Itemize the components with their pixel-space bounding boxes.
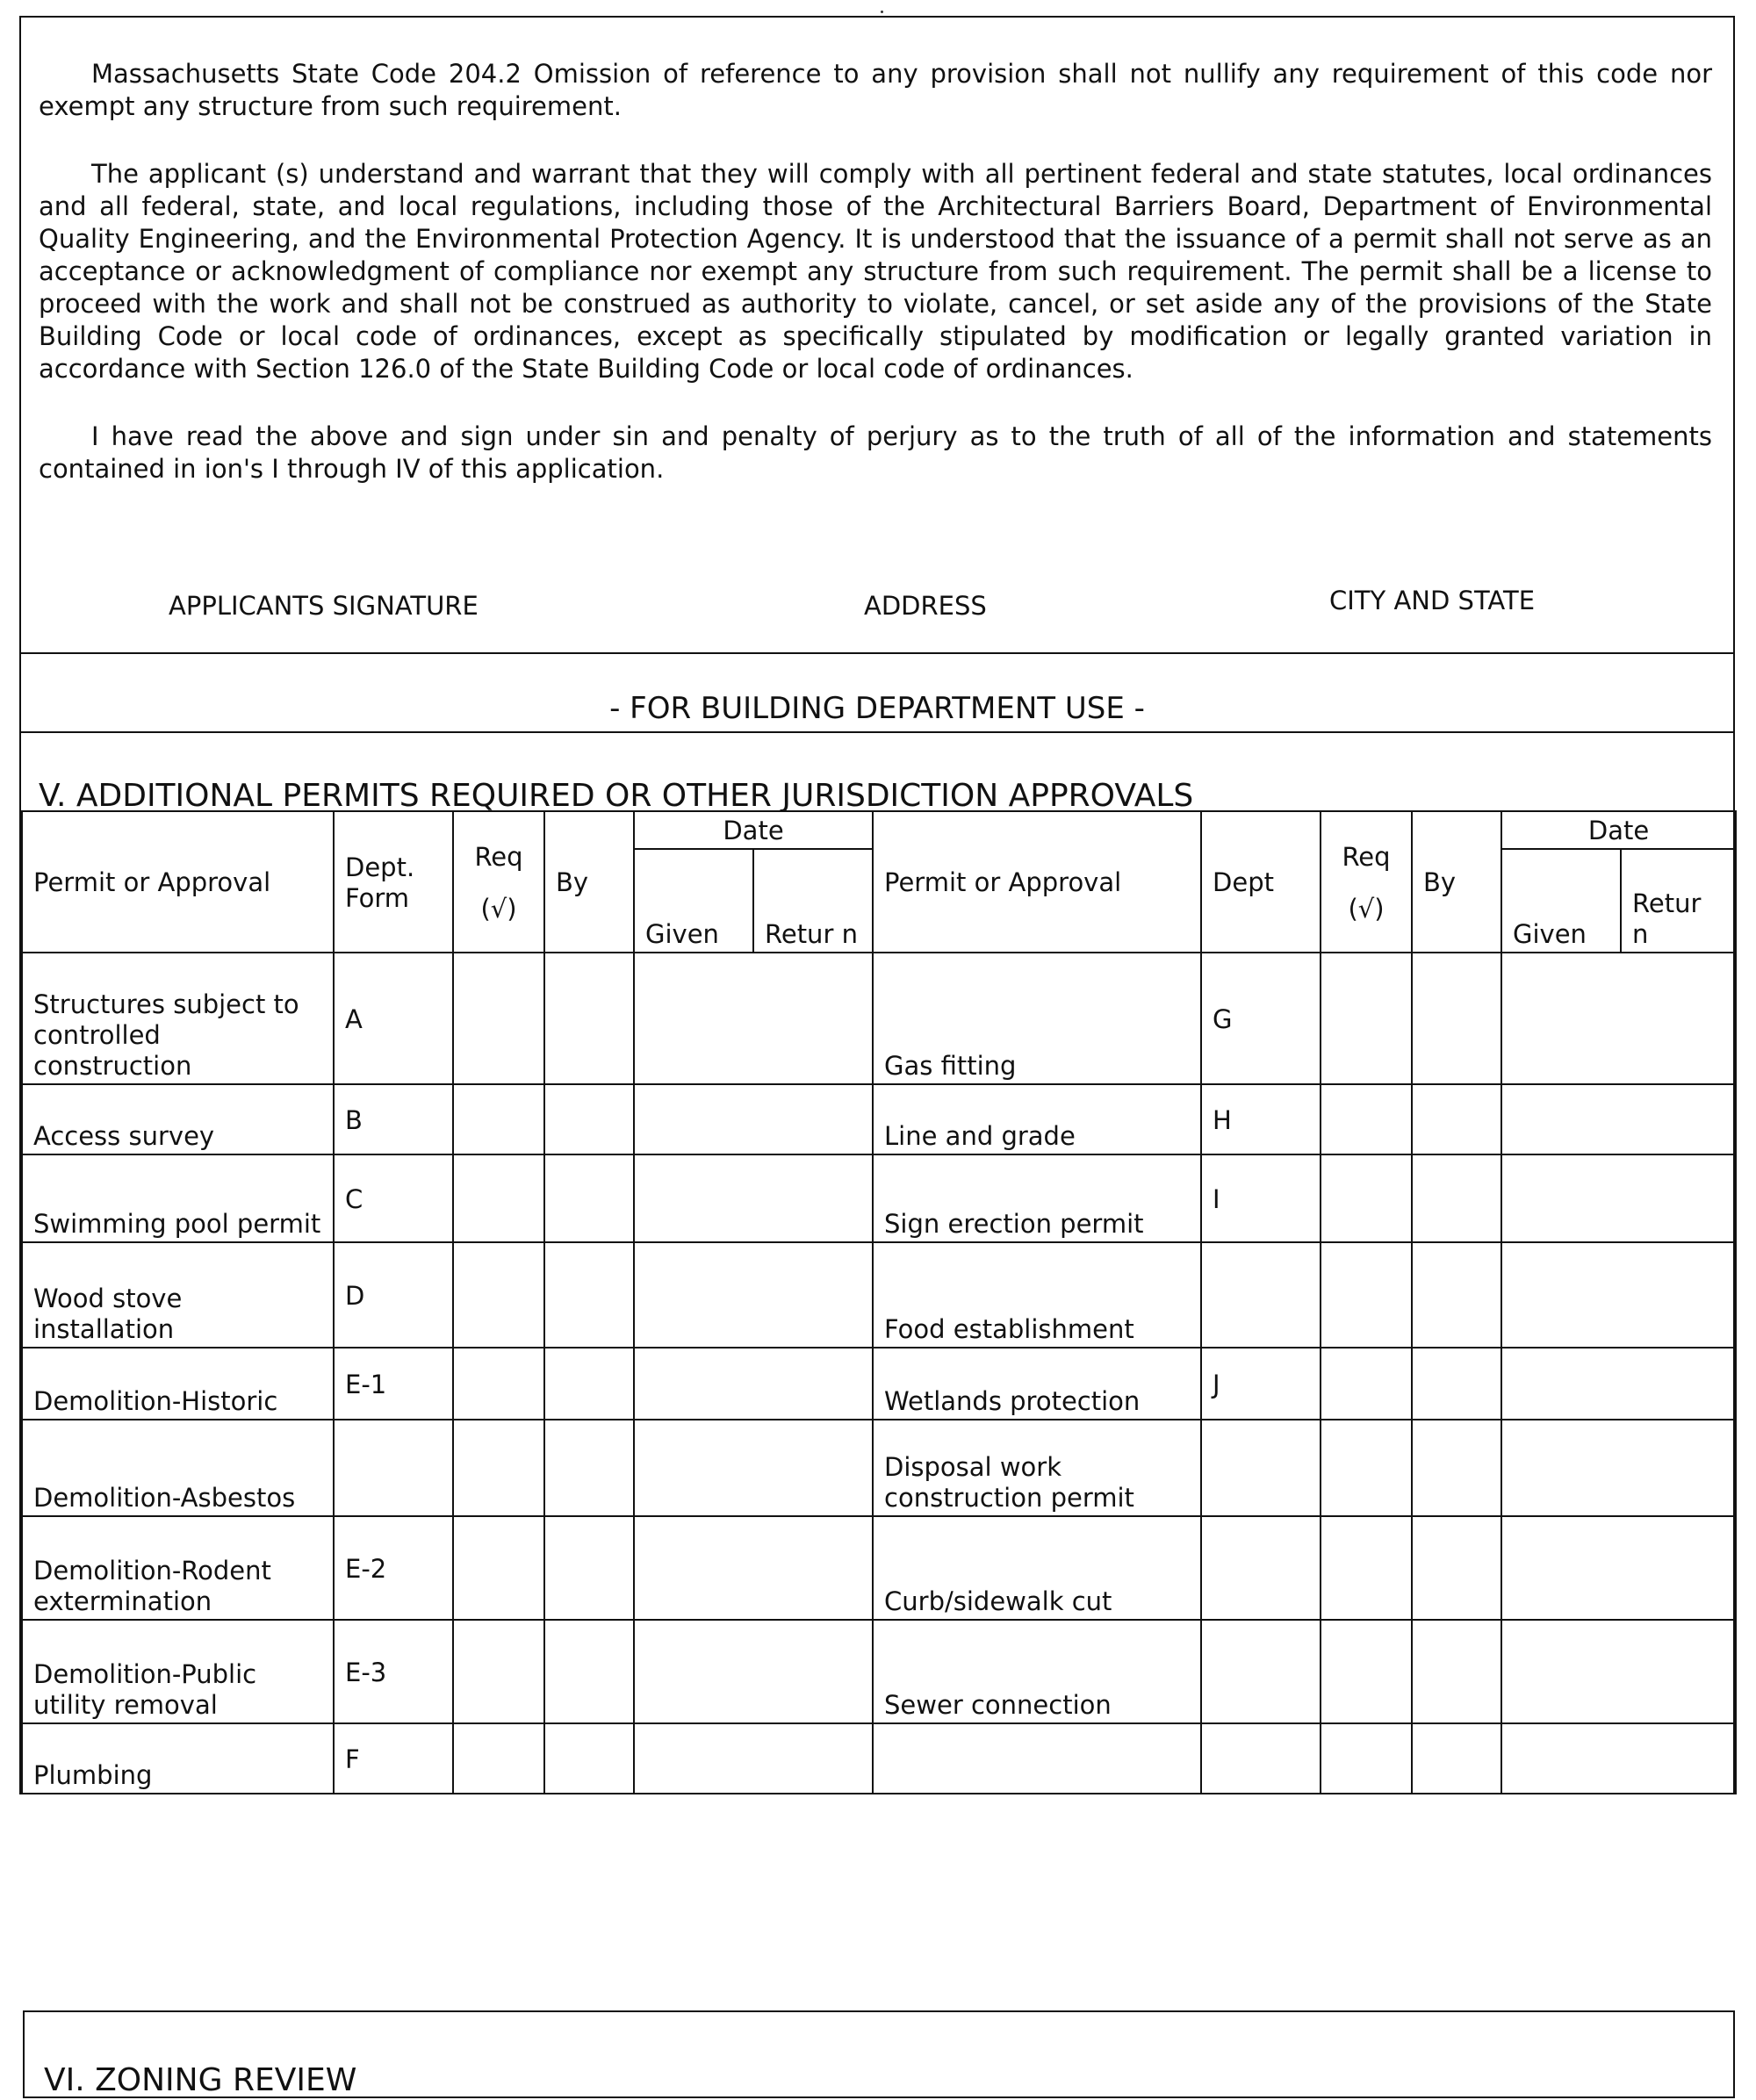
dept-form-left: E-1	[334, 1348, 453, 1420]
by-field-left[interactable]	[544, 953, 634, 1084]
table-row: Demolition-HistoricE-1Wetlands protectio…	[22, 1348, 1736, 1420]
by-field-left[interactable]	[544, 1348, 634, 1420]
dept-form-left: D	[334, 1242, 453, 1348]
section-vi-zoning-review: VI. ZONING REVIEW	[23, 2010, 1735, 2098]
req-checkbox-left[interactable]	[453, 1348, 544, 1420]
dept-right	[1201, 1420, 1321, 1516]
req-checkbox-left[interactable]	[453, 1620, 544, 1723]
table-row: PlumbingF	[22, 1723, 1736, 1794]
header-by-right: By	[1412, 811, 1501, 953]
date-field-left[interactable]	[634, 1723, 873, 1794]
header-by-left: By	[544, 811, 634, 953]
department-use-banner: - FOR BUILDING DEPARTMENT USE -	[21, 652, 1733, 731]
perjury-statement-paragraph: I have read the above and sign under sin…	[39, 421, 1712, 485]
dept-right	[1201, 1620, 1321, 1723]
req-checkbox-right[interactable]	[1321, 1420, 1412, 1516]
by-field-left[interactable]	[544, 1723, 634, 1794]
permit-name-left: Demolition-Asbestos	[22, 1420, 334, 1516]
header-given-left: Given	[634, 849, 753, 953]
date-field-left[interactable]	[634, 1420, 873, 1516]
header-date-left: Date	[634, 811, 873, 849]
date-field-left[interactable]	[634, 1154, 873, 1242]
header-req-label-right: Req	[1332, 842, 1400, 873]
req-checkbox-right[interactable]	[1321, 1348, 1412, 1420]
req-checkbox-right[interactable]	[1321, 953, 1412, 1084]
table-row: Demolition-AsbestosDisposal work constru…	[22, 1420, 1736, 1516]
header-given-right: Given	[1501, 849, 1621, 953]
req-checkbox-left[interactable]	[453, 953, 544, 1084]
by-field-right[interactable]	[1412, 1516, 1501, 1620]
section-v-heading-band: V. ADDITIONAL PERMITS REQUIRED OR OTHER …	[21, 731, 1733, 810]
permit-name-left: Swimming pool permit	[22, 1154, 334, 1242]
header-row-top: Permit or Approval Dept. Form Req (√) By…	[22, 811, 1736, 849]
permit-name-left: Demolition-Rodent extermination	[22, 1516, 334, 1620]
department-use-heading: - FOR BUILDING DEPARTMENT USE -	[21, 691, 1733, 726]
date-field-right[interactable]	[1501, 1242, 1736, 1348]
table-row: Structures subject to controlled constru…	[22, 953, 1736, 1084]
code-omission-paragraph: Massachusetts State Code 204.2 Omission …	[39, 58, 1712, 123]
permit-name-right: Wetlands protection	[873, 1348, 1201, 1420]
application-form-frame: Massachusetts State Code 204.2 Omission …	[19, 16, 1735, 1794]
dept-form-left: E-2	[334, 1516, 453, 1620]
header-permit-left: Permit or Approval	[22, 811, 334, 953]
permit-name-right: Food establishment	[873, 1242, 1201, 1348]
by-field-right[interactable]	[1412, 1620, 1501, 1723]
city-state-field[interactable]: CITY AND STATE	[1329, 586, 1535, 615]
req-checkbox-right[interactable]	[1321, 1516, 1412, 1620]
table-row: Access surveyBLine and gradeH	[22, 1084, 1736, 1154]
table-row: Demolition-Public utility removalE-3Sewe…	[22, 1620, 1736, 1723]
by-field-right[interactable]	[1412, 1420, 1501, 1516]
by-field-right[interactable]	[1412, 1154, 1501, 1242]
by-field-right[interactable]	[1412, 1348, 1501, 1420]
header-req-label-left: Req	[464, 842, 533, 873]
permit-name-right: Disposal work construction permit	[873, 1420, 1201, 1516]
dept-right: G	[1201, 953, 1321, 1084]
dept-right	[1201, 1242, 1321, 1348]
req-checkbox-right[interactable]	[1321, 1084, 1412, 1154]
permit-name-left: Demolition-Public utility removal	[22, 1620, 334, 1723]
permit-name-right: Curb/sidewalk cut	[873, 1516, 1201, 1620]
req-checkbox-left[interactable]	[453, 1084, 544, 1154]
req-checkbox-left[interactable]	[453, 1723, 544, 1794]
checkmark-icon: (√)	[464, 894, 533, 924]
by-field-left[interactable]	[544, 1084, 634, 1154]
date-field-right[interactable]	[1501, 1084, 1736, 1154]
dept-form-left	[334, 1420, 453, 1516]
checkmark-icon: (√)	[1332, 894, 1400, 924]
signature-row: APPLICANTS SIGNATURE ADDRESS CITY AND ST…	[21, 521, 1733, 652]
dept-right	[1201, 1516, 1321, 1620]
by-field-left[interactable]	[544, 1516, 634, 1620]
date-field-right[interactable]	[1501, 1723, 1736, 1794]
section-v-title: V. ADDITIONAL PERMITS REQUIRED OR OTHER …	[39, 778, 1193, 814]
req-checkbox-right[interactable]	[1321, 1620, 1412, 1723]
permit-name-left: Wood stove installation	[22, 1242, 334, 1348]
req-checkbox-right[interactable]	[1321, 1723, 1412, 1794]
header-return-left: Retur n	[753, 849, 873, 953]
header-req-right: Req (√)	[1321, 811, 1412, 953]
header-permit-right: Permit or Approval	[873, 811, 1201, 953]
by-field-right[interactable]	[1412, 1084, 1501, 1154]
section-vi-title: VI. ZONING REVIEW	[44, 2062, 356, 2098]
permit-name-left: Plumbing	[22, 1723, 334, 1794]
date-field-left[interactable]	[634, 1084, 873, 1154]
header-return-right: Retur n	[1621, 849, 1736, 953]
date-field-left[interactable]	[634, 1620, 873, 1723]
permit-name-left: Access survey	[22, 1084, 334, 1154]
dept-right: H	[1201, 1084, 1321, 1154]
by-field-right[interactable]	[1412, 1723, 1501, 1794]
date-field-right[interactable]	[1501, 1154, 1736, 1242]
date-field-right[interactable]	[1501, 1620, 1736, 1723]
legal-statements: Massachusetts State Code 204.2 Omission …	[21, 18, 1733, 485]
permits-table: Permit or Approval Dept. Form Req (√) By…	[21, 810, 1737, 1794]
applicant-signature-field[interactable]: APPLICANTS SIGNATURE	[169, 591, 479, 621]
date-field-left[interactable]	[634, 1516, 873, 1620]
dept-form-left: C	[334, 1154, 453, 1242]
by-field-left[interactable]	[544, 1242, 634, 1348]
date-field-right[interactable]	[1501, 1348, 1736, 1420]
req-checkbox-right[interactable]	[1321, 1154, 1412, 1242]
date-field-left[interactable]	[634, 1348, 873, 1420]
dept-form-left: F	[334, 1723, 453, 1794]
permit-name-right: Sign erection permit	[873, 1154, 1201, 1242]
permit-name-right: Line and grade	[873, 1084, 1201, 1154]
table-row: Swimming pool permitCSign erection permi…	[22, 1154, 1736, 1242]
date-field-left[interactable]	[634, 953, 873, 1084]
applicant-warranty-paragraph: The applicant (s) understand and warrant…	[39, 158, 1712, 385]
permit-name-right: Gas fitting	[873, 953, 1201, 1084]
table-row: Wood stove installationDFood establishme…	[22, 1242, 1736, 1348]
req-checkbox-left[interactable]	[453, 1516, 544, 1620]
by-field-left[interactable]	[544, 1620, 634, 1723]
date-field-left[interactable]	[634, 1242, 873, 1348]
date-field-right[interactable]	[1501, 1516, 1736, 1620]
dept-form-left: A	[334, 953, 453, 1084]
req-checkbox-left[interactable]	[453, 1242, 544, 1348]
header-date-right: Date	[1501, 811, 1736, 849]
header-req-left: Req (√)	[453, 811, 544, 953]
header-dept-right: Dept	[1201, 811, 1321, 953]
date-field-right[interactable]	[1501, 953, 1736, 1084]
address-field[interactable]: ADDRESS	[864, 591, 987, 621]
permit-rows: Structures subject to controlled constru…	[22, 953, 1736, 1794]
by-field-right[interactable]	[1412, 953, 1501, 1084]
permit-name-left: Structures subject to controlled constru…	[22, 953, 334, 1084]
scan-speck	[881, 11, 883, 13]
by-field-left[interactable]	[544, 1154, 634, 1242]
dept-right	[1201, 1723, 1321, 1794]
dept-form-left: B	[334, 1084, 453, 1154]
by-field-left[interactable]	[544, 1420, 634, 1516]
table-row: Demolition-Rodent exterminationE-2Curb/s…	[22, 1516, 1736, 1620]
req-checkbox-left[interactable]	[453, 1154, 544, 1242]
date-field-right[interactable]	[1501, 1420, 1736, 1516]
permit-name-left: Demolition-Historic	[22, 1348, 334, 1420]
dept-right: J	[1201, 1348, 1321, 1420]
permit-name-right: Sewer connection	[873, 1620, 1201, 1723]
dept-right: I	[1201, 1154, 1321, 1242]
by-field-right[interactable]	[1412, 1242, 1501, 1348]
req-checkbox-left[interactable]	[453, 1420, 544, 1516]
dept-form-left: E-3	[334, 1620, 453, 1723]
req-checkbox-right[interactable]	[1321, 1242, 1412, 1348]
header-dept-left: Dept. Form	[334, 811, 453, 953]
permit-name-right	[873, 1723, 1201, 1794]
